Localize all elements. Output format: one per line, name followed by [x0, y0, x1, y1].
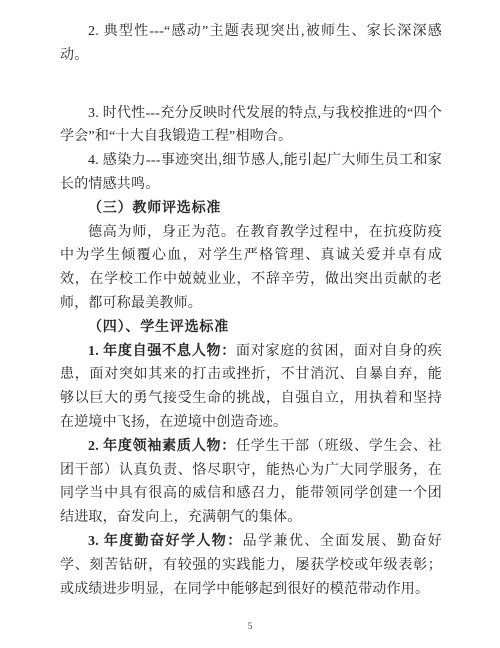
document-body: 2. 典型性---“感动”主题表现突出,被师生、家长深深感动。 3. 时代性--…: [60, 20, 442, 601]
paragraph-typicality: 2. 典型性---“感动”主题表现突出,被师生、家长深深感动。: [60, 20, 442, 68]
student-award-1-title: 1. 年度自强不息人物：: [88, 344, 236, 359]
paragraph-student-award-2: 2. 年度领袖素质人物：任学生干部（班级、学生会、社团干部）认真负责、恪尽职守，…: [60, 435, 442, 530]
page-number: 5: [0, 622, 500, 632]
student-award-2-title: 2. 年度领袖素质人物：: [88, 439, 236, 454]
student-criteria-heading: （四）、学生评选标准: [60, 316, 442, 340]
paragraph-student-award-1: 1. 年度自强不息人物：面对家庭的贫困，面对自身的疾患，面对突如其来的打击或挫折…: [60, 340, 442, 435]
paragraph-student-award-3: 3. 年度勤奋好学人物：品学兼优、全面发展、勤奋好学、刻苦钻研，有较强的实践能力…: [60, 530, 442, 601]
student-award-3-title: 3. 年度勤奋好学人物：: [88, 534, 243, 549]
teacher-criteria-heading: （三）教师评选标准: [60, 197, 442, 221]
paragraph-teacher-criteria: 德高为师，身正为范。在教育教学过程中，在抗疫防疫中为学生倾覆心血，对学生严格管理…: [60, 221, 442, 316]
paragraph-era: 3. 时代性---充分反映时代发展的特点,与我校推进的“四个学会”和“十大自我锻…: [60, 102, 442, 150]
paragraph-appeal: 4. 感染力---事迹突出,细节感人,能引起广大师生员工和家长的情感共鸣。: [60, 149, 442, 197]
document-page: 2. 典型性---“感动”主题表现突出,被师生、家长深深感动。 3. 时代性--…: [0, 0, 500, 648]
